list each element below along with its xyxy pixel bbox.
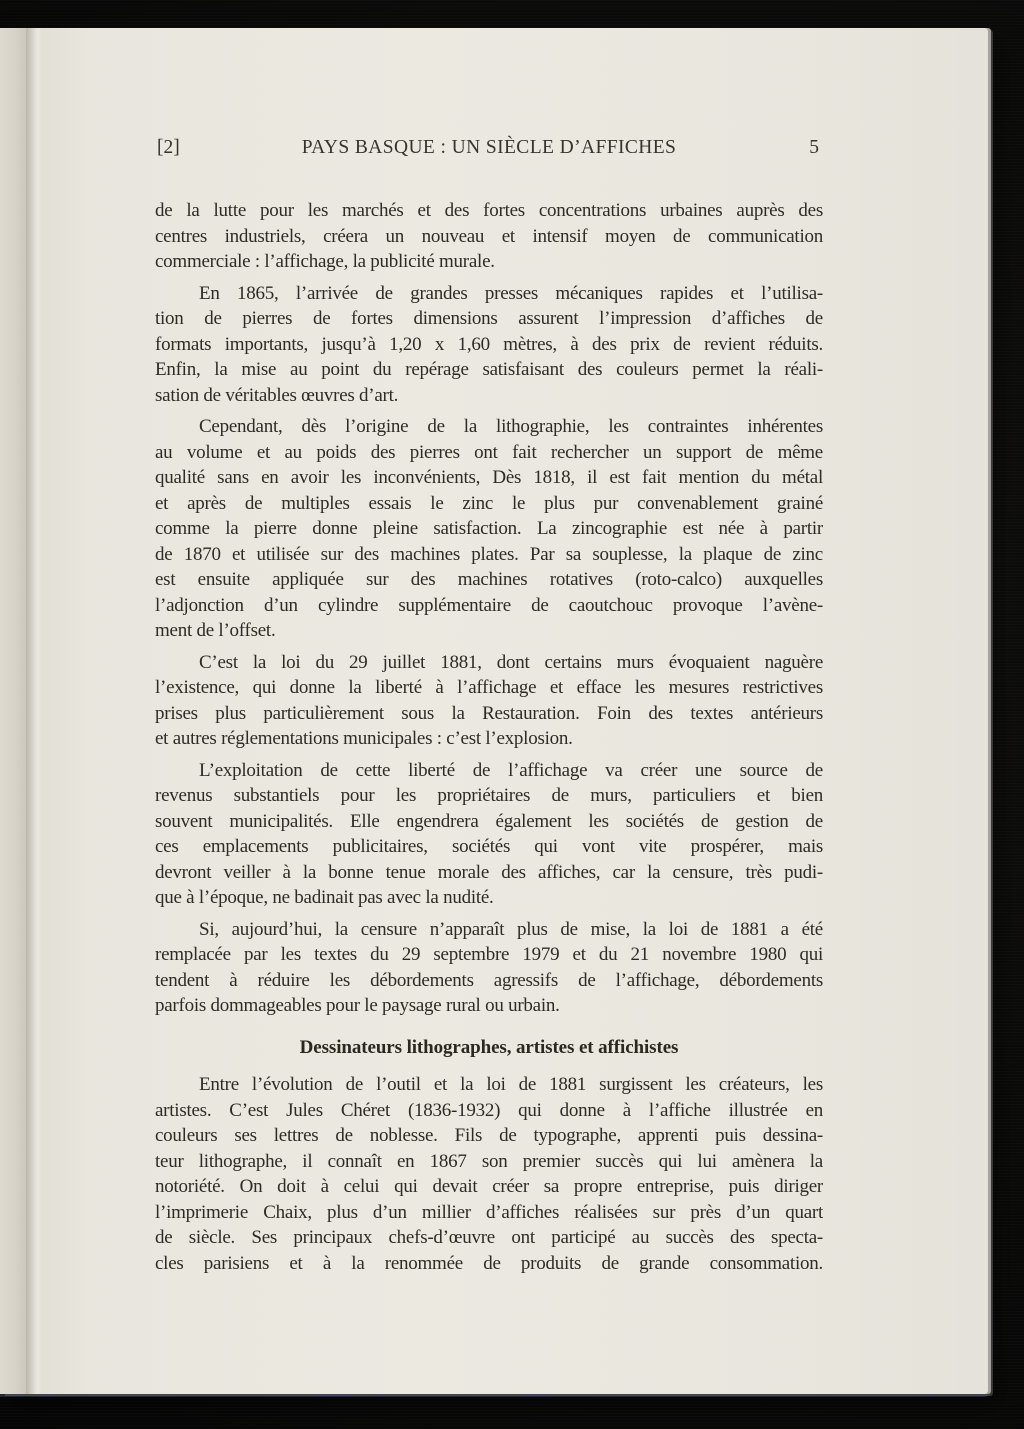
text-line: est ensuite appliquée sur des machines r… bbox=[155, 567, 823, 593]
text-line: de siècle. Ses principaux chefs-d’œuvre … bbox=[155, 1225, 823, 1251]
text-line: centres industriels, créera un nouveau e… bbox=[155, 224, 823, 250]
text-line: de la lutte pour les marchés et des fort… bbox=[155, 198, 823, 224]
text-line: formats importants, jusqu’à 1,20 x 1,60 … bbox=[155, 332, 823, 358]
text-line: tendent à réduire les débordements agres… bbox=[155, 968, 823, 994]
text-line: et après de multiples essais le zinc le … bbox=[155, 491, 823, 517]
page-content: [2] PAYS BASQUE : UN SIÈCLE D’AFFICHES 5… bbox=[0, 28, 988, 1394]
text-line: qualité sans en avoir les inconvénients,… bbox=[155, 465, 823, 491]
text-line: L’exploitation de cette liberté de l’aff… bbox=[155, 758, 823, 784]
paragraph: En 1865, l’arrivée de grandes presses mé… bbox=[155, 281, 823, 409]
text-line: En 1865, l’arrivée de grandes presses mé… bbox=[155, 281, 823, 307]
section-heading: Dessinateurs lithographes, artistes et a… bbox=[155, 1035, 823, 1061]
paragraph: L’exploitation de cette liberté de l’aff… bbox=[155, 758, 823, 911]
text-line: sation de véritables œuvres d’art. bbox=[155, 383, 823, 409]
text-line: l’imprimerie Chaix, plus d’un millier d’… bbox=[155, 1200, 823, 1226]
text-line: couleurs ses lettres de noblesse. Fils d… bbox=[155, 1123, 823, 1149]
text-line: parfois dommageables pour le paysage rur… bbox=[155, 993, 823, 1019]
text-line: ces emplacements publicitaires, sociétés… bbox=[155, 834, 823, 860]
text-line: l’adjonction d’un cylindre supplémentair… bbox=[155, 593, 823, 619]
text-line: devront veiller à la bonne tenue morale … bbox=[155, 860, 823, 886]
text-line: cles parisiens et à la renommée de produ… bbox=[155, 1251, 823, 1277]
text-line: comme la pierre donne pleine satisfactio… bbox=[155, 516, 823, 542]
text-line: remplacée par les textes du 29 septembre… bbox=[155, 942, 823, 968]
text-line: souvent municipalités. Elle engendrera é… bbox=[155, 809, 823, 835]
paragraph: C’est la loi du 29 juillet 1881, dont ce… bbox=[155, 650, 823, 752]
text-line: notoriété. On doit à celui qui devait cr… bbox=[155, 1174, 823, 1200]
text-line: Si, aujourd’hui, la censure n’apparaît p… bbox=[155, 917, 823, 943]
text-line: Entre l’évolution de l’outil et la loi d… bbox=[155, 1072, 823, 1098]
paragraph: Cependant, dès l’origine de la lithograp… bbox=[155, 414, 823, 644]
paragraph: de la lutte pour les marchés et des fort… bbox=[155, 198, 823, 275]
scanner-background: [2] PAYS BASQUE : UN SIÈCLE D’AFFICHES 5… bbox=[0, 0, 1024, 1429]
text-line: tion de pierres de fortes dimensions ass… bbox=[155, 306, 823, 332]
text-line: prises plus particulièrement sous la Res… bbox=[155, 701, 823, 727]
page-body: de la lutte pour les marchés et des fort… bbox=[155, 198, 823, 1282]
text-line: Enfin, la mise au point du repérage sati… bbox=[155, 357, 823, 383]
text-line: commerciale : l’affichage, la publicité … bbox=[155, 249, 823, 275]
text-line: et autres réglementations municipales : … bbox=[155, 726, 823, 752]
text-line: C’est la loi du 29 juillet 1881, dont ce… bbox=[155, 650, 823, 676]
book-page: [2] PAYS BASQUE : UN SIÈCLE D’AFFICHES 5… bbox=[0, 28, 988, 1394]
text-line: que à l’époque, ne badinait pas avec la … bbox=[155, 885, 823, 911]
running-title: PAYS BASQUE : UN SIÈCLE D’AFFICHES bbox=[155, 136, 823, 160]
text-line: revenus substantiels pour les propriétai… bbox=[155, 783, 823, 809]
text-line: au volume et au poids des pierres ont fa… bbox=[155, 440, 823, 466]
running-header: [2] PAYS BASQUE : UN SIÈCLE D’AFFICHES 5 bbox=[155, 136, 823, 162]
text-line: de 1870 et utilisée sur des machines pla… bbox=[155, 542, 823, 568]
page-number: 5 bbox=[809, 136, 819, 160]
paragraph: Entre l’évolution de l’outil et la loi d… bbox=[155, 1072, 823, 1276]
text-line: l’existence, qui donne la liberté à l’af… bbox=[155, 675, 823, 701]
text-line: ment de l’offset. bbox=[155, 618, 823, 644]
text-line: teur lithographe, il connaît en 1867 son… bbox=[155, 1149, 823, 1175]
text-line: artistes. C’est Jules Chéret (1836-1932)… bbox=[155, 1098, 823, 1124]
text-line: Cependant, dès l’origine de la lithograp… bbox=[155, 414, 823, 440]
paragraph: Si, aujourd’hui, la censure n’apparaît p… bbox=[155, 917, 823, 1019]
